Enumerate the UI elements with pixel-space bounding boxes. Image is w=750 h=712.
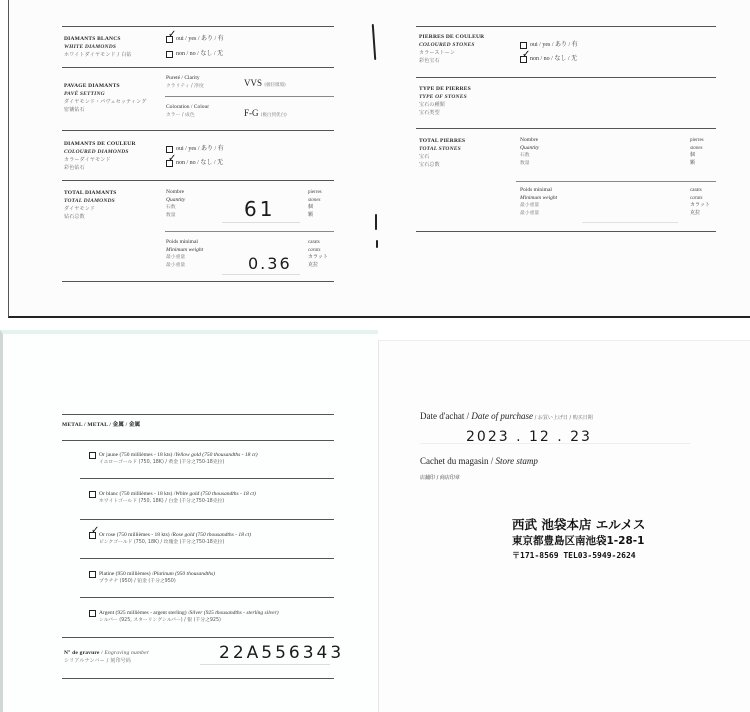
clarity-value-jp: (极轻微瑕) xyxy=(264,83,286,88)
divider xyxy=(80,597,334,598)
label-en: COLOURED STONES xyxy=(419,41,484,49)
label-jp: カラーダイヤモンド xyxy=(64,156,136,164)
weight-label-fr: Poids minimal xyxy=(520,187,557,195)
label-jp: 宝石 xyxy=(419,153,465,161)
coloured-stones-yes-option[interactable]: oui / yes / あり / 有 xyxy=(520,41,578,49)
stone-quantity-label: Nombre Quantity 石数 数量 xyxy=(520,137,539,167)
quantity-label-fr: Nombre xyxy=(166,189,185,197)
colour-value-text: F-G xyxy=(244,108,259,118)
divider xyxy=(416,26,716,27)
unit-cn: 克拉 xyxy=(308,262,328,270)
pave-setting-label: PAVAGE DIAMANTS PAVÉ SETTING ダイヤモンド・パヴェセ… xyxy=(64,82,146,114)
option-en: Platinum (950 thousandths) xyxy=(154,570,215,578)
unit-en: carats xyxy=(308,247,328,255)
divider xyxy=(62,130,334,131)
metal-option-white-gold[interactable]: Or blanc (750 millièmes - 18 kts) / Whit… xyxy=(89,490,256,506)
option-label: non / no / なし / 无 xyxy=(176,159,223,167)
label-fr: PAVAGE DIAMANTS xyxy=(64,82,146,90)
label-jp: ホワイトダイヤモンド / 白钻 xyxy=(64,51,132,59)
engraving-number-value[interactable]: 22A556343 xyxy=(219,643,344,663)
checkbox-icon[interactable] xyxy=(89,452,96,459)
field-underline xyxy=(222,274,300,275)
date-label-fr: Date d'achat / xyxy=(420,411,471,421)
clarity-label-text: Pureté / Clarity xyxy=(166,75,204,83)
white-diamonds-no-option[interactable]: non / no / なし / 无 xyxy=(166,50,223,58)
label-jp: ダイヤモンド・パヴェセッティング xyxy=(64,98,146,106)
option-label: non / no / なし / 无 xyxy=(176,50,223,58)
colour-label-jp: カラー / 成色 xyxy=(166,112,209,120)
label-jp-alt: 彩色宝石 xyxy=(419,57,484,65)
unit-jp: カラット xyxy=(308,254,328,262)
weight-label-cn: 最小重量 xyxy=(520,210,557,218)
checkbox-checked-icon[interactable] xyxy=(520,56,527,63)
label-fr: TOTAL DIAMANTS xyxy=(64,189,117,197)
metal-option-platinum[interactable]: Platine (950 millièmes) / Platinum (950 … xyxy=(89,570,215,586)
option-en: Silver (925 thousandths - sterling silve… xyxy=(190,609,279,617)
quantity-label-jp: 石数 xyxy=(520,152,539,160)
option-en: Rose gold (750 thousandths - 18 ct) xyxy=(172,531,251,539)
unit-fr: pierres xyxy=(690,137,704,145)
divider xyxy=(62,180,334,181)
diamond-quantity-unit: pierres stones 個 颗 xyxy=(308,189,322,219)
coloured-stones-label: PIERRES DE COULEUR COLOURED STONES カラースト… xyxy=(419,33,484,65)
stamp-label-jp-text: 店舗印 / 商店印章 xyxy=(420,475,460,481)
divider xyxy=(62,440,334,441)
weight-label-cn: 最小重量 xyxy=(166,262,203,270)
divider xyxy=(62,281,334,282)
option-fr: Or rose (750 millièmes - 18 kts) / xyxy=(99,531,172,539)
unit-en: stones xyxy=(690,145,704,153)
diamond-weight-value[interactable]: 0.36 xyxy=(248,254,292,273)
checkbox-icon[interactable] xyxy=(520,42,527,49)
checkbox-checked-icon[interactable] xyxy=(89,532,96,539)
checkbox-icon[interactable] xyxy=(166,51,173,58)
label-jp: カラーストーン xyxy=(419,49,484,57)
option-jp: イエローゴールド (750, 18K) / 黄金 (千分之750-18克拉) xyxy=(89,459,258,467)
label-en: PAVÉ SETTING xyxy=(64,90,146,98)
label-en: TYPE OF STONES xyxy=(419,93,471,101)
weight-label-jp: 最小重量 xyxy=(520,202,557,210)
option-en: Yellow gold (750 thousandths - 18 ct) xyxy=(175,451,257,459)
label-en: TOTAL STONES xyxy=(419,145,465,153)
label-en: WHITE DIAMONDS xyxy=(64,43,132,51)
unit-cn: 克拉 xyxy=(690,210,710,218)
unit-en: stones xyxy=(308,197,322,205)
checkbox-icon[interactable] xyxy=(89,491,96,498)
engraving-number-label: N° de gravure / Engraving number シリアルナンバ… xyxy=(64,649,149,665)
divider xyxy=(62,414,334,415)
option-fr: Or blanc (750 millièmes - 18 kts) / xyxy=(99,490,175,498)
divider xyxy=(165,96,334,97)
checkbox-checked-icon[interactable] xyxy=(166,160,173,167)
clarity-label-jp: クラリティ / 净度 xyxy=(166,83,204,91)
unit-fr: carats xyxy=(690,187,710,195)
label-fr: PIERRES DE COULEUR xyxy=(419,33,484,41)
option-label: oui / yes / あり / 有 xyxy=(176,35,224,43)
label-jp-alt: 钻石总数 xyxy=(64,213,117,221)
quantity-label-jp: 石数 xyxy=(166,204,185,212)
date-label-jp: / お買い上げ日 / 购买日期 xyxy=(533,415,593,421)
metal-option-rose-gold[interactable]: Or rose (750 millièmes - 18 kts) / Rose … xyxy=(89,531,251,547)
unit-fr: pierres xyxy=(308,189,322,197)
checkbox-icon[interactable] xyxy=(166,146,173,153)
unit-cn: 颗 xyxy=(690,160,704,168)
stone-quantity-unit: pierres stones 個 颗 xyxy=(690,137,704,167)
coloured-diamonds-label: DIAMANTS DE COULEUR COLOURED DIAMONDS カラ… xyxy=(64,140,136,172)
field-underline xyxy=(200,664,330,665)
option-fr: Or jaune (750 millièmes - 18 kts) / xyxy=(99,451,175,459)
label-en: COLOURED DIAMONDS xyxy=(64,148,136,156)
option-label: oui / yes / あり / 有 xyxy=(530,41,578,49)
divider xyxy=(416,128,716,129)
engraving-label-en: Engraving number xyxy=(104,650,149,656)
label-en: TOTAL DIAMONDS xyxy=(64,197,117,205)
white-diamonds-yes-option[interactable]: oui / yes / あり / 有 xyxy=(166,35,224,43)
unit-jp: 個 xyxy=(308,204,322,212)
label-jp: 宝石の種類 xyxy=(419,101,471,109)
checkbox-icon[interactable] xyxy=(89,610,96,617)
coloured-stones-no-option[interactable]: non / no / なし / 无 xyxy=(520,55,577,63)
stone-weight-unit: carats carats カラット 克拉 xyxy=(690,187,710,217)
divider xyxy=(80,519,334,520)
metal-heading: METAL / METAL / 金属 / 金属 xyxy=(62,421,140,429)
store-stamp-address: 東京都豊島区南池袋1-28-1 xyxy=(512,533,644,548)
colour-label-text: Coloration / Colour xyxy=(166,104,209,112)
divider xyxy=(416,77,716,78)
label-jp-alt: 密镶钻石 xyxy=(64,106,146,114)
total-diamonds-label: TOTAL DIAMANTS TOTAL DIAMONDS ダイヤモンド 钻石总… xyxy=(64,189,117,221)
unit-en: carats xyxy=(690,195,710,203)
date-label-en: Date of purchase xyxy=(471,411,533,421)
option-fr: Platine (950 millièmes) / xyxy=(99,570,154,578)
divider xyxy=(80,478,334,479)
unit-jp: カラット xyxy=(690,202,710,210)
store-stamp-label-jp: 店舗印 / 商店印章 xyxy=(420,471,460,481)
coloured-diamonds-yes-option[interactable]: oui / yes / あり / 有 xyxy=(166,145,224,153)
label-jp-alt: 彩色钻石 xyxy=(64,164,136,172)
option-jp: ピンクゴールド (750, 18K) / 玫瑰金 (千分之750-18克拉) xyxy=(89,539,251,547)
divider xyxy=(165,231,334,232)
stamp-label-fr: Cachet du magasin / xyxy=(420,456,495,466)
unit-cn: 颗 xyxy=(308,212,322,220)
checkbox-icon[interactable] xyxy=(89,571,96,578)
stone-weight-label: Poids minimal Minimum weight 最小重量 最小重量 xyxy=(520,187,557,217)
label-fr: TYPE DE PIERRES xyxy=(419,85,471,93)
engraving-label-jp: シリアルナンバー / 刻印号码 xyxy=(64,657,149,665)
quantity-label-en: Quantity xyxy=(520,145,539,153)
field-underline xyxy=(222,222,300,223)
divider xyxy=(80,558,334,559)
option-label: oui / yes / あり / 有 xyxy=(176,145,224,153)
engraving-label-fr: N° de gravure xyxy=(64,650,100,656)
store-stamp-name: 西武 池袋本店 エルメス xyxy=(512,515,645,533)
label-fr: TOTAL PIERRES xyxy=(419,137,465,145)
clarity-value-text: VVS xyxy=(244,78,262,88)
colour-value-jp: (极白到优白) xyxy=(261,113,287,118)
option-fr: Argent (925 millièmes - argent sterling)… xyxy=(99,609,190,617)
label-fr: DIAMANTS BLANCS xyxy=(64,35,132,43)
white-diamonds-label: DIAMANTS BLANCS WHITE DIAMONDS ホワイトダイヤモン… xyxy=(64,35,132,59)
diamond-quantity-label: Nombre Quantity 石数 数量 xyxy=(166,189,185,219)
stamp-label-en: Store stamp xyxy=(495,456,537,466)
divider xyxy=(416,231,716,232)
diamond-weight-label: Poids minimal Minimum weight 最小重量 最小重量 xyxy=(166,239,203,269)
coloured-diamonds-no-option[interactable]: non / no / なし / 无 xyxy=(166,159,223,167)
total-stones-label: TOTAL PIERRES TOTAL STONES 宝石 宝石总数 xyxy=(419,137,465,169)
label-jp-alt: 宝石类型 xyxy=(419,109,471,117)
quantity-label-cn: 数量 xyxy=(520,160,539,168)
field-underline xyxy=(582,222,678,223)
divider xyxy=(516,181,716,182)
option-label: non / no / なし / 无 xyxy=(530,55,577,63)
quantity-label-cn: 数量 xyxy=(166,212,185,220)
option-jp: プラチナ (950) / 铂金 (千分之950) xyxy=(89,578,215,586)
unit-fr: carats xyxy=(308,239,328,247)
option-en: White gold (750 thousandths - 18 ct) xyxy=(175,490,256,498)
purchase-date-label: Date d'achat / Date of purchase / お買い上げ日… xyxy=(420,411,593,421)
label-jp-alt: 宝石总数 xyxy=(419,161,465,169)
label-jp: ダイヤモンド xyxy=(64,205,117,213)
divider xyxy=(62,678,334,679)
unit-jp: 個 xyxy=(690,152,704,160)
type-of-stones-label: TYPE DE PIERRES TYPE OF STONES 宝石の種類 宝石类… xyxy=(419,85,471,117)
divider xyxy=(62,26,334,27)
store-stamp-contact: 〒171-8569 TEL03-5949-2624 xyxy=(512,550,636,561)
diamond-weight-unit: carats carats カラット 克拉 xyxy=(308,239,328,269)
weight-label-fr: Poids minimal xyxy=(166,239,203,247)
weight-label-jp: 最小重量 xyxy=(166,254,203,262)
metal-heading-text: METAL / METAL / 金属 / 金属 xyxy=(62,422,140,428)
store-stamp-label: Cachet du magasin / Store stamp xyxy=(420,456,538,466)
clarity-label: Pureté / Clarity クラリティ / 净度 xyxy=(166,75,204,90)
divider xyxy=(62,67,334,68)
divider xyxy=(62,637,334,638)
option-jp: シルバー (925, スターリングシルバー) / 银 (千分之925) xyxy=(89,617,279,625)
diamond-quantity-value[interactable]: 61 xyxy=(244,197,275,221)
colour-label: Coloration / Colour カラー / 成色 xyxy=(166,104,209,119)
option-jp: ホワイトゴールド (750, 18K) / 白金 (千分之750-18克拉) xyxy=(89,498,256,506)
weight-label-en: Minimum weight xyxy=(520,195,557,203)
pen-mark xyxy=(375,214,377,230)
checkbox-checked-icon[interactable] xyxy=(166,36,173,43)
clarity-value: VVS (极轻微瑕) xyxy=(244,78,286,88)
metal-option-silver[interactable]: Argent (925 millièmes - argent sterling)… xyxy=(89,609,279,625)
quantity-label-fr: Nombre xyxy=(520,137,539,145)
field-underline xyxy=(420,443,690,444)
pen-mark xyxy=(376,240,378,248)
colour-value: F-G (极白到优白) xyxy=(244,108,287,118)
weight-label-en: Minimum weight xyxy=(166,247,203,255)
quantity-label-en: Quantity xyxy=(166,197,185,205)
label-fr: DIAMANTS DE COULEUR xyxy=(64,140,136,148)
metal-option-yellow-gold[interactable]: Or jaune (750 millièmes - 18 kts) / Yell… xyxy=(89,451,258,467)
